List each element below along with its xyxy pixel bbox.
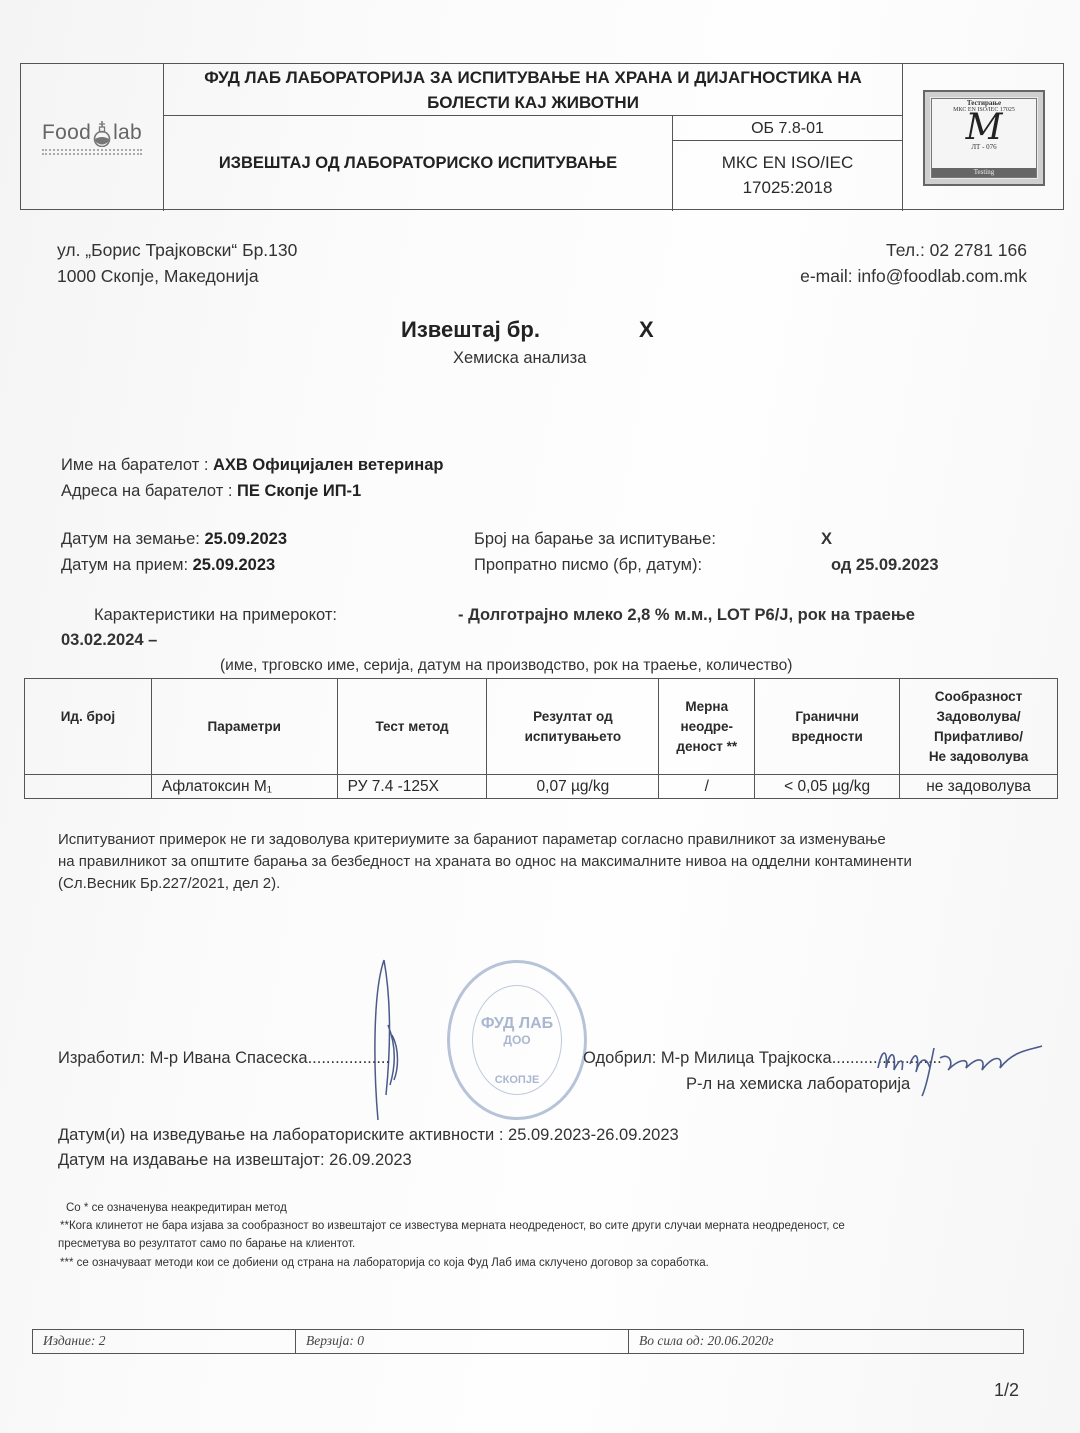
- document-title: ИЗВЕШТАЈ ОД ЛАБОРАТОРИСКО ИСПИТУВАЊЕ: [164, 116, 673, 211]
- signature-approver-icon: [870, 1028, 1050, 1098]
- cell-uncertainty: /: [659, 775, 755, 799]
- standard-reference: МКС EN ISO/IEC 17025:2018: [673, 141, 903, 211]
- foodlab-logo: Food lab: [21, 64, 164, 211]
- footnote-2: **Кога клинетот не бара изјава за сообра…: [60, 1217, 845, 1235]
- table-row: Афлатоксин M₁ РУ 7.4 -125Х 0,07 µg/kg / …: [25, 775, 1058, 799]
- col-uncertainty: Мерна неодре- деност **: [659, 679, 755, 775]
- lab-contact: Тел.: 02 2781 166 e-mail: info@foodlab.c…: [800, 237, 1027, 289]
- logo-tagline: [42, 149, 142, 155]
- col-method: Тест метод: [337, 679, 487, 775]
- footnote-2-cont: пресметува во резултатот само по барање …: [58, 1235, 355, 1253]
- requester-address: Адреса на барателот : ПЕ Скопје ИП-1: [61, 482, 361, 501]
- sample-characteristics-value: - Долготрајно млеко 2,8 % м.м., LOT P6/J…: [458, 606, 915, 625]
- version: Верзија: 0: [296, 1330, 629, 1353]
- logo-text-lab: lab: [113, 121, 142, 145]
- report-number: X: [639, 317, 654, 343]
- cover-letter-label: Пропратно писмо (бр, датум):: [474, 556, 702, 575]
- sample-characteristics-label: Карактеристики на примерокот:: [94, 606, 337, 625]
- col-conformity: Сообразност Задоволува/ Прифатливо/ Не з…: [900, 679, 1058, 775]
- prepared-by: Изработил: М-р Ивана Спасеска...........…: [58, 1049, 390, 1068]
- document-header: Food lab ФУД ЛАБ ЛАБОРАТОРИЈА ЗА ИСПИТУВ…: [20, 63, 1064, 210]
- document-page: Food lab ФУД ЛАБ ЛАБОРАТОРИЈА ЗА ИСПИТУВ…: [0, 0, 1080, 1433]
- cell-parameter: Афлатоксин M₁: [151, 775, 337, 799]
- cell-id: [25, 775, 152, 799]
- cell-method: РУ 7.4 -125Х: [337, 775, 487, 799]
- page-number: 1/2: [994, 1380, 1019, 1401]
- lab-email: e-mail: info@foodlab.com.mk: [800, 263, 1027, 289]
- request-number-label: Број на барање за испитување:: [474, 530, 716, 549]
- signature-preparer-icon: [370, 955, 410, 1125]
- flask-icon: [92, 121, 112, 145]
- request-number-value: X: [821, 530, 832, 549]
- report-type: Хемиска анализа: [453, 349, 586, 368]
- cover-letter-value: од 25.09.2023: [831, 556, 939, 575]
- col-limit: Гранични вредности: [755, 679, 900, 775]
- results-table: Ид. број Параметри Тест метод Резултат о…: [24, 678, 1058, 799]
- footnote-1: Со * се означенува неакредитиран метод: [66, 1199, 287, 1217]
- sample-hint: (име, трговско име, серија, датум на про…: [220, 657, 792, 675]
- lab-address: ул. „Борис Трајковски“ Бр.130 1000 Скопј…: [57, 237, 297, 289]
- report-title: Извештај бр.: [401, 317, 540, 343]
- activity-dates: Датум(и) на изведување на лабораторискит…: [58, 1126, 679, 1145]
- accreditation-badge: Тестирање МКС EN ISO/IEC 17025 M ЛТ - 07…: [903, 64, 1065, 211]
- cell-conformity: не задоволува: [900, 775, 1058, 799]
- conclusion-text: Испитуваниот примерок не ги задоволува к…: [58, 829, 912, 895]
- col-result: Резултат од испитувањето: [487, 679, 659, 775]
- accreditation-monogram-icon: M: [966, 113, 1003, 143]
- col-id: Ид. број: [25, 679, 152, 775]
- col-parameter: Параметри: [151, 679, 337, 775]
- form-code: ОБ 7.8-01: [673, 116, 903, 141]
- results-header-row: Ид. број Параметри Тест метод Резултат о…: [25, 679, 1058, 775]
- footnote-3: *** се означуваат методи кои се добиени …: [60, 1254, 709, 1272]
- document-control-table: Издание: 2 Верзија: 0 Во сила од: 20.06.…: [32, 1329, 1024, 1354]
- sample-expiry: 03.02.2024 –: [61, 631, 157, 650]
- receipt-date: Датум на прием: 25.09.2023: [61, 556, 275, 575]
- requester-name: Име на барателот : АХВ Официјален ветери…: [61, 456, 443, 475]
- organization-title: ФУД ЛАБ ЛАБОРАТОРИЈА ЗА ИСПИТУВАЊЕ НА ХР…: [164, 64, 903, 116]
- official-stamp: ФУД ЛАБ ДОО СКОПЈЕ: [447, 960, 587, 1120]
- sampling-date: Датум на земање: 25.09.2023: [61, 530, 287, 549]
- logo-text-food: Food: [42, 121, 91, 145]
- cell-limit: < 0,05 µg/kg: [755, 775, 900, 799]
- edition: Издание: 2: [33, 1330, 296, 1353]
- issue-date: Датум на издавање на извештајот: 26.09.2…: [58, 1151, 412, 1170]
- cell-result: 0,07 µg/kg: [487, 775, 659, 799]
- effective-date: Во сила од: 20.06.2020г: [629, 1330, 1025, 1353]
